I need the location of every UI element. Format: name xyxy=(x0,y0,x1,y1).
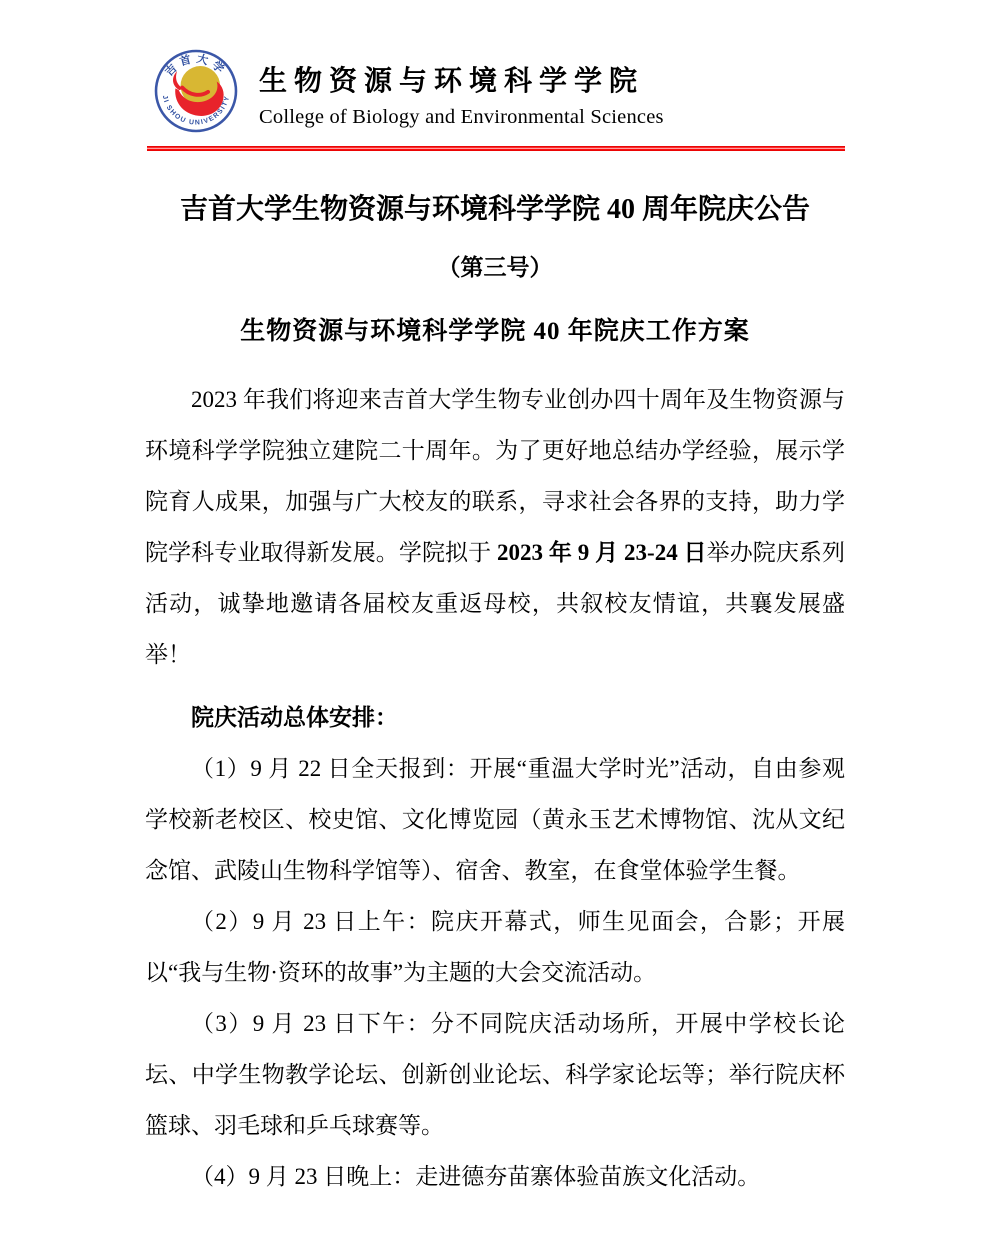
org-name-en: College of Biology and Environmental Sci… xyxy=(259,106,664,129)
letterhead: 吉首大学 JI SHOU UNIVERSITY 生物资源与环境科学学院 Coll… xyxy=(153,45,664,137)
schedule-item-4: （4）9 月 23 日晚上：走进德夯苗寨体验苗族文化活动。 xyxy=(145,1151,845,1202)
plan-title: 生物资源与环境科学学院 40 年院庆工作方案 xyxy=(145,316,845,348)
schedule-item-1: （1）9 月 22 日全天报到：开展“重温大学时光”活动，自由参观学校新老校区、… xyxy=(145,743,845,896)
schedule-item-3: （3）9 月 23 日下午：分不同院庆活动场所，开展中学校长论坛、中学生物教学论… xyxy=(145,998,845,1151)
document-subtitle: （第三号） xyxy=(145,253,845,283)
document-content: 吉首大学生物资源与环境科学学院 40 周年院庆公告 （第三号） 生物资源与环境科… xyxy=(145,186,845,1202)
jishou-university-seal-icon: 吉首大学 JI SHOU UNIVERSITY xyxy=(153,45,239,137)
schedule-heading: 院庆活动总体安排： xyxy=(145,692,845,743)
intro-date-bold: 2023 年 9 月 23-24 日 xyxy=(497,540,707,565)
document-page: 吉首大学 JI SHOU UNIVERSITY 生物资源与环境科学学院 Coll… xyxy=(0,0,987,1235)
document-title: 吉首大学生物资源与环境科学学院 40 周年院庆公告 xyxy=(145,192,845,228)
intro-text-pre: 2023 年我们将迎来吉首大学生物专业创办四十周年及生物资源与环境科学学院独立建… xyxy=(145,387,845,565)
org-name-zh: 生物资源与环境科学学院 xyxy=(259,59,664,99)
letterhead-divider xyxy=(147,146,845,151)
university-seal-logo: 吉首大学 JI SHOU UNIVERSITY xyxy=(153,45,239,137)
org-names: 生物资源与环境科学学院 College of Biology and Envir… xyxy=(259,53,664,129)
schedule-item-2: （2）9 月 23 日上午：院庆开幕式，师生见面会，合影；开展以“我与生物·资环… xyxy=(145,896,845,998)
intro-paragraph: 2023 年我们将迎来吉首大学生物专业创办四十周年及生物资源与环境科学学院独立建… xyxy=(145,374,845,680)
document-body: 2023 年我们将迎来吉首大学生物专业创办四十周年及生物资源与环境科学学院独立建… xyxy=(145,374,845,1202)
